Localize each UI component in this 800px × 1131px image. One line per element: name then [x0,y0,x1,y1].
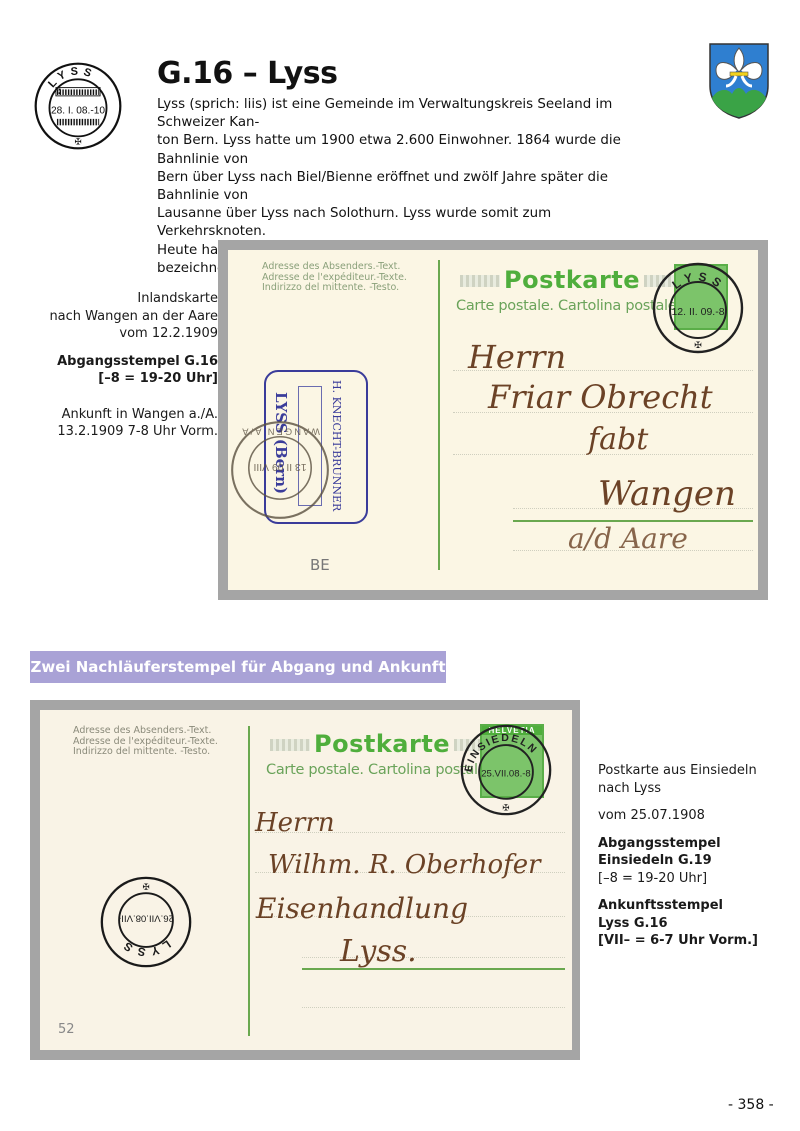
handwritten-address-line: Herrn [468,338,566,376]
handwritten-address-line: Wilhm. R. Oberhofer [268,850,541,880]
card-divider [438,260,440,570]
sender-address-label: Adresse des Absenders.-Text. Adresse de … [73,726,218,758]
note-line: Inlandskarte [137,291,218,306]
note-line: nach Lyss [598,781,661,796]
pencil-note: 52 [58,1022,75,1037]
arrival-time: [VII– = 6-7 Uhr Vorm.] [598,933,758,948]
svg-text:LYSS: LYSS [669,269,728,293]
arrival-time: 13.2.1909 7-8 Uhr Vorm. [57,424,218,439]
svg-text:25.VII.08.-8: 25.VII.08.-8 [481,769,531,780]
lyss-arrival-postmark-icon: LYSS 26.VII.08.VII- ✠ [98,874,194,970]
note-line: nach Wangen an der Aare [49,309,218,324]
svg-text:✠: ✠ [142,882,150,892]
page-number: - 358 - [728,1097,774,1113]
sender-address-label: Adresse des Absenders.-Text. Adresse de … [262,262,407,294]
handwritten-address-line: Friar Obrecht [488,378,713,416]
postcard-1-frame: Adresse des Absenders.-Text. Adresse de … [218,240,768,600]
postcard-1: Adresse des Absenders.-Text. Adresse de … [228,250,758,590]
departure-time: [–8 = 19-20 Uhr] [598,871,707,886]
handwritten-address-line: fabt [588,422,648,457]
svg-text:28. I. 08.-10: 28. I. 08.-10 [51,105,105,116]
departure-stamp-label: Abgangsstempel [598,836,721,851]
handwritten-address-line: Herrn [255,808,335,838]
handwritten-address-line: Wangen [598,474,736,514]
departure-time: [–8 = 19-20 Uhr] [98,371,218,386]
svg-text:✠: ✠ [75,138,82,147]
coat-of-arms-icon [708,42,770,120]
note-line: vom 12.2.1909 [119,326,218,341]
pencil-note: BE [310,556,330,574]
svg-text:12. II. 09.-8: 12. II. 09.-8 [671,306,724,318]
note-line: Postkarte aus Einsiedeln [598,763,757,778]
section-banner: Zwei Nachläuferstempel für Abgang und An… [30,651,446,683]
card1-notes: Inlandskarte nach Wangen an der Aare vom… [40,290,218,451]
svg-text:WANGEN A/A: WANGEN A/A [240,426,320,436]
svg-text:LYSS: LYSS [118,936,172,957]
postcard-2: Adresse des Absenders.-Text. Adresse de … [40,710,572,1050]
card2-notes: Postkarte aus Einsiedeln nach Lyss vom 2… [598,762,788,960]
card-divider [248,726,250,1036]
wangen-arrival-postmark-icon: 13 II 09 VIII WANGEN A/A [228,418,332,522]
departure-stamp-type: Einsiedeln G.19 [598,853,712,868]
postkarte-subtitle: Carte postale. Cartolina postale [456,298,676,314]
svg-text:LYSS: LYSS [46,66,97,91]
lyss-postmark-icon: LYSS 28. I. 08.-10 ✠ [32,60,124,152]
postkarte-subtitle: Carte postale. Cartolina postale [266,762,486,778]
handwritten-address-line: a/d Aare [568,522,688,555]
intro-line: Lausanne über Lyss nach Solothurn. Lyss … [157,205,657,241]
departure-stamp-label: Abgangsstempel G.16 [57,354,218,369]
arrival-stamp-type: Lyss G.16 [598,916,668,931]
handwritten-address-line: Eisenhandlung [256,892,468,925]
intro-line: ton Bern. Lyss hatte um 1900 etwa 2.600 … [157,132,657,168]
handwritten-address-line: Lyss. [340,934,417,969]
intro-line: Lyss (sprich: liis) ist eine Gemeinde im… [157,96,657,132]
svg-text:26.VII.08.VII-: 26.VII.08.VII- [118,912,174,923]
arrival-stamp-label: Ankunftsstempel [598,898,723,913]
lyss-postmark-icon: LYSS 12. II. 09.-8 ✠ [648,258,748,358]
einsiedeln-postmark-icon: EINSIEDELN 25.VII.08.-8 ✠ [458,722,554,818]
intro-line: Bern über Lyss nach Biel/Bienne eröffnet… [157,169,657,205]
page-title: G.16 – Lyss [157,56,338,91]
note-line: vom 25.07.1908 [598,808,705,823]
postcard-2-frame: Adresse des Absenders.-Text. Adresse de … [30,700,580,1060]
arrival-label: Ankunft in Wangen a./A. [62,407,218,422]
svg-text:13 II 09 VIII: 13 II 09 VIII [253,461,306,472]
svg-text:✠: ✠ [502,802,510,812]
svg-text:✠: ✠ [694,340,702,350]
